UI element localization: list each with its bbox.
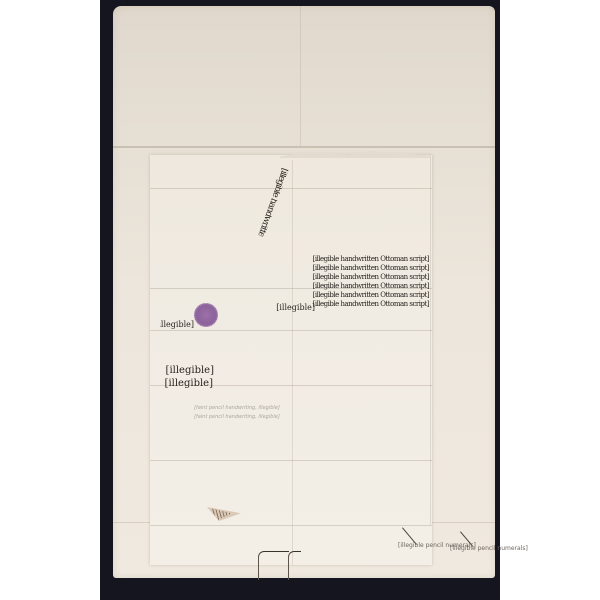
vertical-crease <box>430 155 431 525</box>
letter-closing: [illegible] <box>245 303 315 312</box>
fold-crease <box>150 525 432 526</box>
letter-line: [illegible handwritten Ottoman script] <box>153 273 429 281</box>
letter-line: [illegible handwritten Ottoman script] <box>153 282 429 290</box>
signature-line-2: [illegible] <box>165 378 213 389</box>
numeral-mark: [illegible pencil numerals] <box>450 545 528 552</box>
binding-thread <box>288 551 301 582</box>
outer-fold-crease <box>113 146 495 148</box>
letter-body-text: [illegible handwritten Ottoman script] [… <box>153 255 429 305</box>
backdrop-bottom <box>100 580 500 600</box>
pencil-line: [faint pencil handwriting, illegible] <box>194 404 364 413</box>
pencil-line: [faint pencil handwriting, illegible] <box>194 413 364 422</box>
letter-line: [illegible handwritten Ottoman script] <box>153 255 429 263</box>
signature-line-1: [illegible] <box>160 365 214 376</box>
pencil-annotation: [faint pencil handwriting, illegible] [f… <box>194 404 364 422</box>
signature-beside-seal: [illegible] <box>160 320 194 329</box>
letter-line: [illegible handwritten Ottoman script] <box>153 264 429 272</box>
binding-thread <box>258 551 289 582</box>
vertical-crease <box>292 160 293 565</box>
seal-ring <box>194 303 218 327</box>
outer-vertical-crease <box>300 6 301 146</box>
fold-crease <box>150 188 432 189</box>
letter-line: [illegible handwritten Ottoman script] <box>153 291 429 299</box>
fold-crease <box>150 330 432 331</box>
fold-crease <box>150 460 432 461</box>
inner-letter-sheet <box>150 155 432 565</box>
